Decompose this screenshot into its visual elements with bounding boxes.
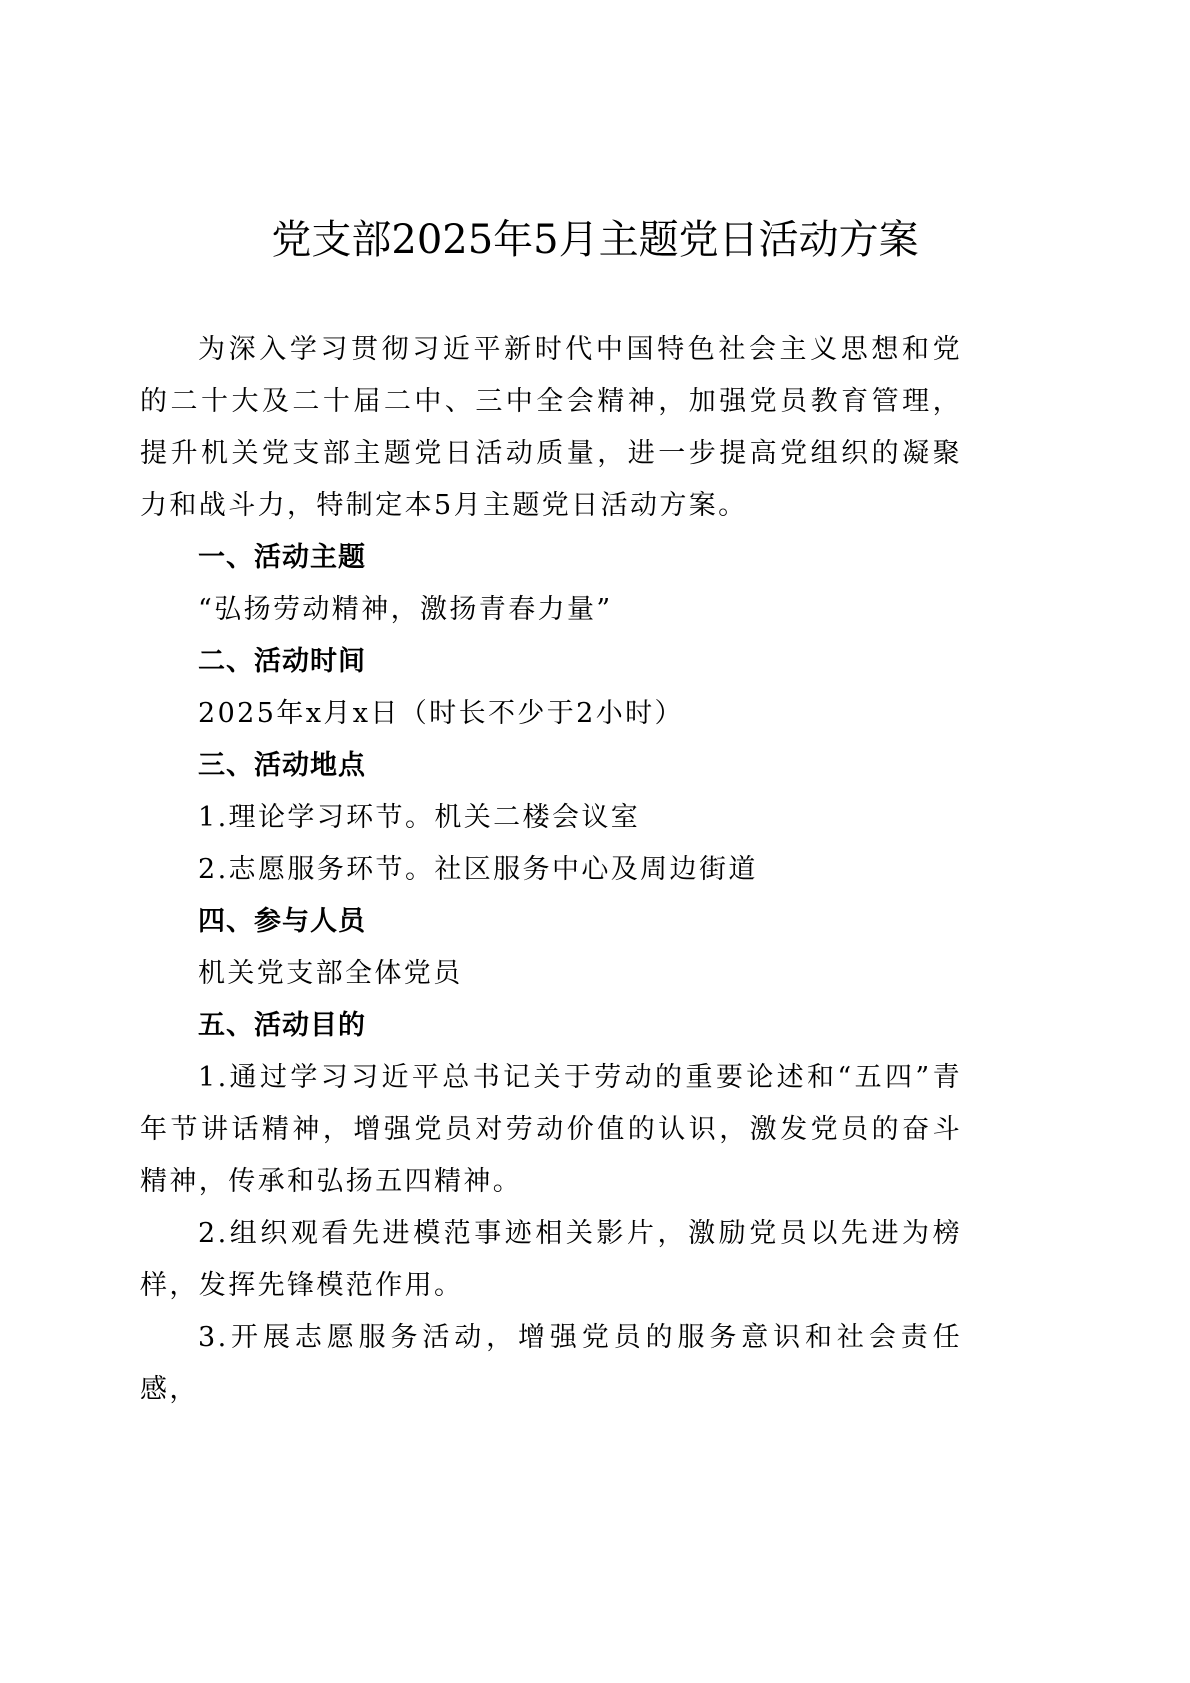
document-page: 党支部2025年5月主题党日活动方案 为深入学习贯彻习近平新时代中国特色社会主义… — [0, 0, 1190, 1683]
section-heading-location: 三、活动地点 — [140, 740, 962, 792]
theme-text: “弘扬劳动精神，激扬青春力量” — [140, 584, 962, 636]
section-heading-theme: 一、活动主题 — [140, 532, 962, 584]
purpose-item-1: 1.通过学习习近平总书记关于劳动的重要论述和“五四”青年节讲话精神，增强党员对劳… — [140, 1052, 962, 1208]
purpose-item-3: 3.开展志愿服务活动，增强党员的服务意识和社会责任感， — [140, 1312, 962, 1416]
intro-paragraph: 为深入学习贯彻习近平新时代中国特色社会主义思想和党的二十大及二十届二中、三中全会… — [140, 324, 962, 532]
time-text: 2025年x月x日（时长不少于2小时） — [140, 688, 962, 740]
location-item-1: 1.理论学习环节。机关二楼会议室 — [140, 792, 962, 844]
participants-text: 机关党支部全体党员 — [140, 948, 962, 1000]
document-title: 党支部2025年5月主题党日活动方案 — [0, 212, 1190, 268]
purpose-item-2: 2.组织观看先进模范事迹相关影片，激励党员以先进为榜样，发挥先锋模范作用。 — [140, 1208, 962, 1312]
section-heading-time: 二、活动时间 — [140, 636, 962, 688]
location-item-2: 2.志愿服务环节。社区服务中心及周边街道 — [140, 844, 962, 896]
document-body: 为深入学习贯彻习近平新时代中国特色社会主义思想和党的二十大及二十届二中、三中全会… — [140, 324, 962, 1416]
section-heading-purpose: 五、活动目的 — [140, 1000, 962, 1052]
section-heading-participants: 四、参与人员 — [140, 896, 962, 948]
